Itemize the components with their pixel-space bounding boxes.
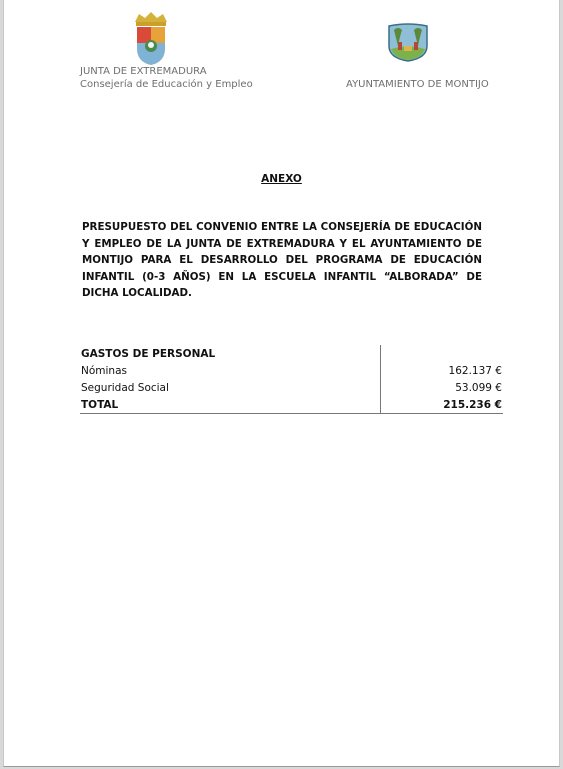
document-title: PRESUPUESTO DEL CONVENIO ENTRE LA CONSEJ… [82,219,482,302]
budget-table: GASTOS DE PERSONAL Nóminas 162.137 € Seg… [80,345,503,414]
document-heading: ANEXO [0,173,563,185]
junta-name: JUNTA DE EXTREMADURA [80,65,253,78]
total-label: TOTAL [80,396,381,414]
header-left-institution: JUNTA DE EXTREMADURA Consejería de Educa… [80,65,253,91]
consejeria-name: Consejería de Educación y Empleo [80,78,253,91]
table-total-row: TOTAL 215.236 € [80,396,503,414]
section-header-amount [381,345,504,362]
extremadura-coat-of-arms-icon [131,10,171,66]
montijo-coat-of-arms-icon [386,22,430,62]
row-amount: 53.099 € [381,379,504,396]
row-amount: 162.137 € [381,362,504,379]
table-row: Seguridad Social 53.099 € [80,379,503,396]
total-amount: 215.236 € [381,396,504,414]
row-concept: Seguridad Social [80,379,381,396]
table-section-header-row: GASTOS DE PERSONAL [80,345,503,362]
table-row: Nóminas 162.137 € [80,362,503,379]
row-concept: Nóminas [80,362,381,379]
ayuntamiento-name: AYUNTAMIENTO DE MONTIJO [346,79,489,90]
section-header: GASTOS DE PERSONAL [80,345,381,362]
